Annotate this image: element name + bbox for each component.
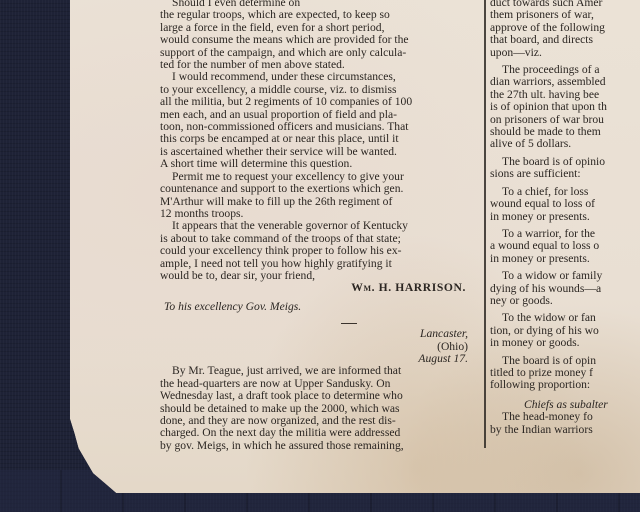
text-line: in money or presents. bbox=[490, 253, 640, 265]
text-line: wound equal to loss of bbox=[490, 198, 640, 210]
text-line: alive of 5 dollars. bbox=[490, 138, 640, 150]
text-line: upon—viz. bbox=[490, 47, 640, 59]
signature: Wm. H. HARRISON. bbox=[160, 282, 478, 294]
right-column: duct towards such Amerthem prisoners of … bbox=[490, 0, 640, 436]
text-line: following proportion: bbox=[490, 379, 640, 391]
text-line: sions are sufficient: bbox=[490, 168, 640, 180]
section-separator bbox=[341, 323, 357, 324]
text-line: To a widow or family bbox=[490, 270, 640, 282]
paragraph-4: It appears that the venerable governor o… bbox=[160, 220, 478, 282]
text-line: in money or goods. bbox=[490, 337, 640, 349]
text-line: them prisoners of war, bbox=[490, 9, 640, 21]
text-line: that board, and directs bbox=[490, 34, 640, 46]
text-line: in money or presents. bbox=[490, 211, 640, 223]
text-line: a wound equal to loss o bbox=[490, 240, 640, 252]
dateline-place: Lancaster, bbox=[160, 328, 468, 340]
column-rule bbox=[484, 0, 486, 448]
dateline: Lancaster, (Ohio) August 17. bbox=[160, 328, 478, 365]
paragraph-2: I would recommend, under these circumsta… bbox=[160, 71, 478, 170]
text-line: by the Indian warriors bbox=[490, 424, 640, 436]
addressee-line: To his excellency Gov. Meigs. bbox=[160, 301, 478, 313]
news-paragraph: By Mr. Teague, just arrived, we are info… bbox=[160, 365, 478, 452]
left-column: Should I even determine on the regular t… bbox=[160, 0, 478, 452]
text-line: ney or goods. bbox=[490, 295, 640, 307]
paragraph-3: Permit me to request your excellency to … bbox=[160, 171, 478, 221]
text-line: To the widow or fan bbox=[490, 312, 640, 324]
text-line: dian warriors, assembled bbox=[490, 76, 640, 88]
text-line: is of opinion that upon th bbox=[490, 101, 640, 113]
paragraph-1: Should I even determine on the regular t… bbox=[160, 0, 478, 71]
text-line: The head-money fo bbox=[490, 411, 640, 423]
